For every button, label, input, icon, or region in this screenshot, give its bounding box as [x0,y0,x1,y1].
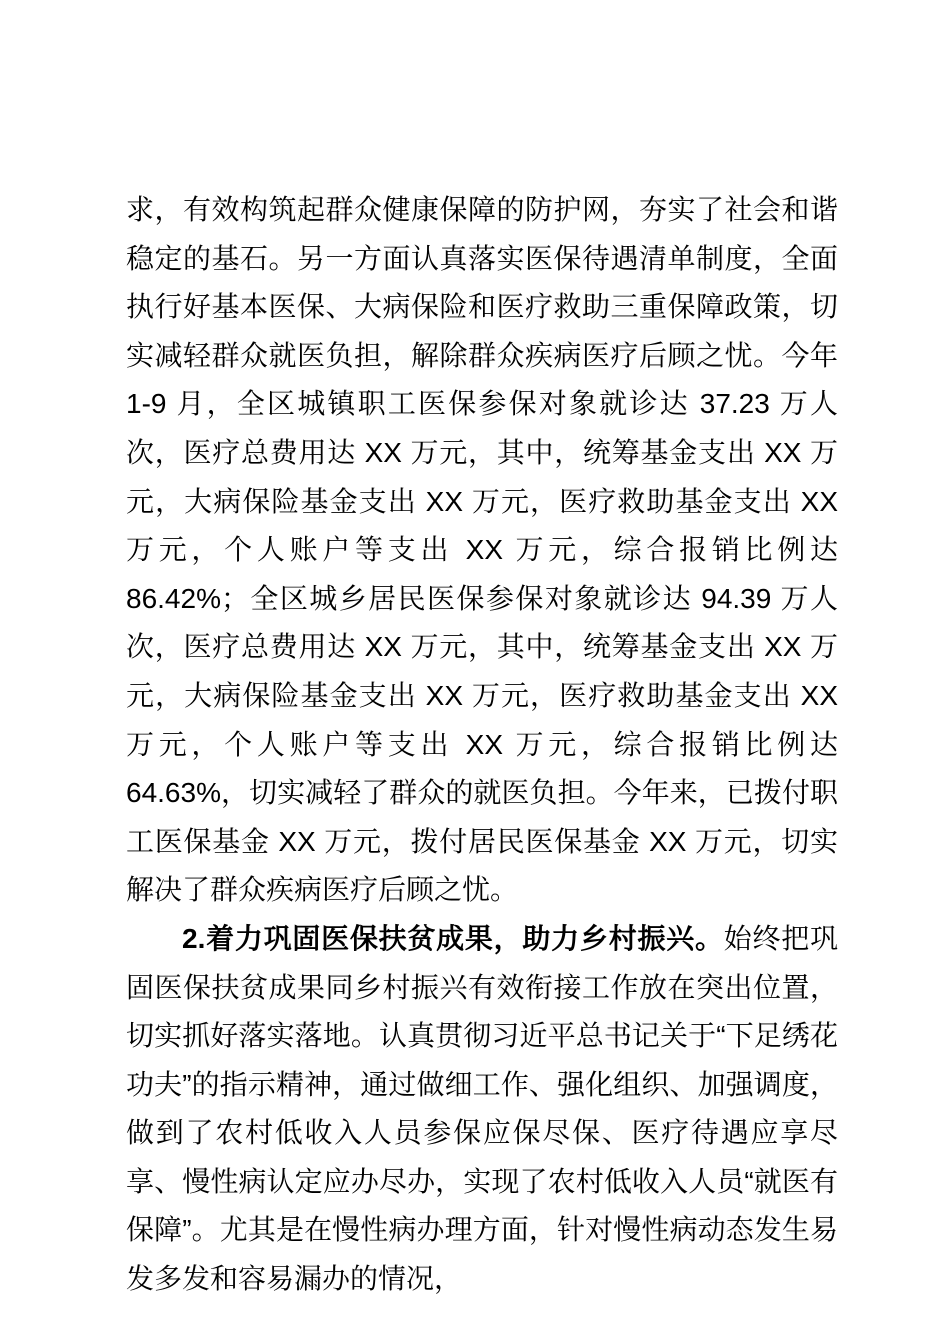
text-run: 求，有效构筑起群众健康保障的防护网，夯实了社会和谐稳定的基石。另一方面认真落实医… [126,194,838,905]
text-run: 始终把巩固医保扶贫成果同乡村振兴有效衔接工作放在突出位置，切实抓好落实落地。认真… [126,923,838,1294]
paragraph-poverty-alleviation: 2.着力巩固医保扶贫成果，助力乡村振兴。始终把巩固医保扶贫成果同乡村振兴有效衔接… [126,915,838,1304]
document-page: 求，有效构筑起群众健康保障的防护网，夯实了社会和谐稳定的基石。另一方面认真落实医… [0,0,950,1344]
section-heading-run: 2.着力巩固医保扶贫成果，助力乡村振兴。 [182,923,724,954]
paragraph-medical-insurance-stats: 求，有效构筑起群众健康保障的防护网，夯实了社会和谐稳定的基石。另一方面认真落实医… [126,186,838,915]
page-text-content: 求，有效构筑起群众健康保障的防护网，夯实了社会和谐稳定的基石。另一方面认真落实医… [126,186,838,1304]
